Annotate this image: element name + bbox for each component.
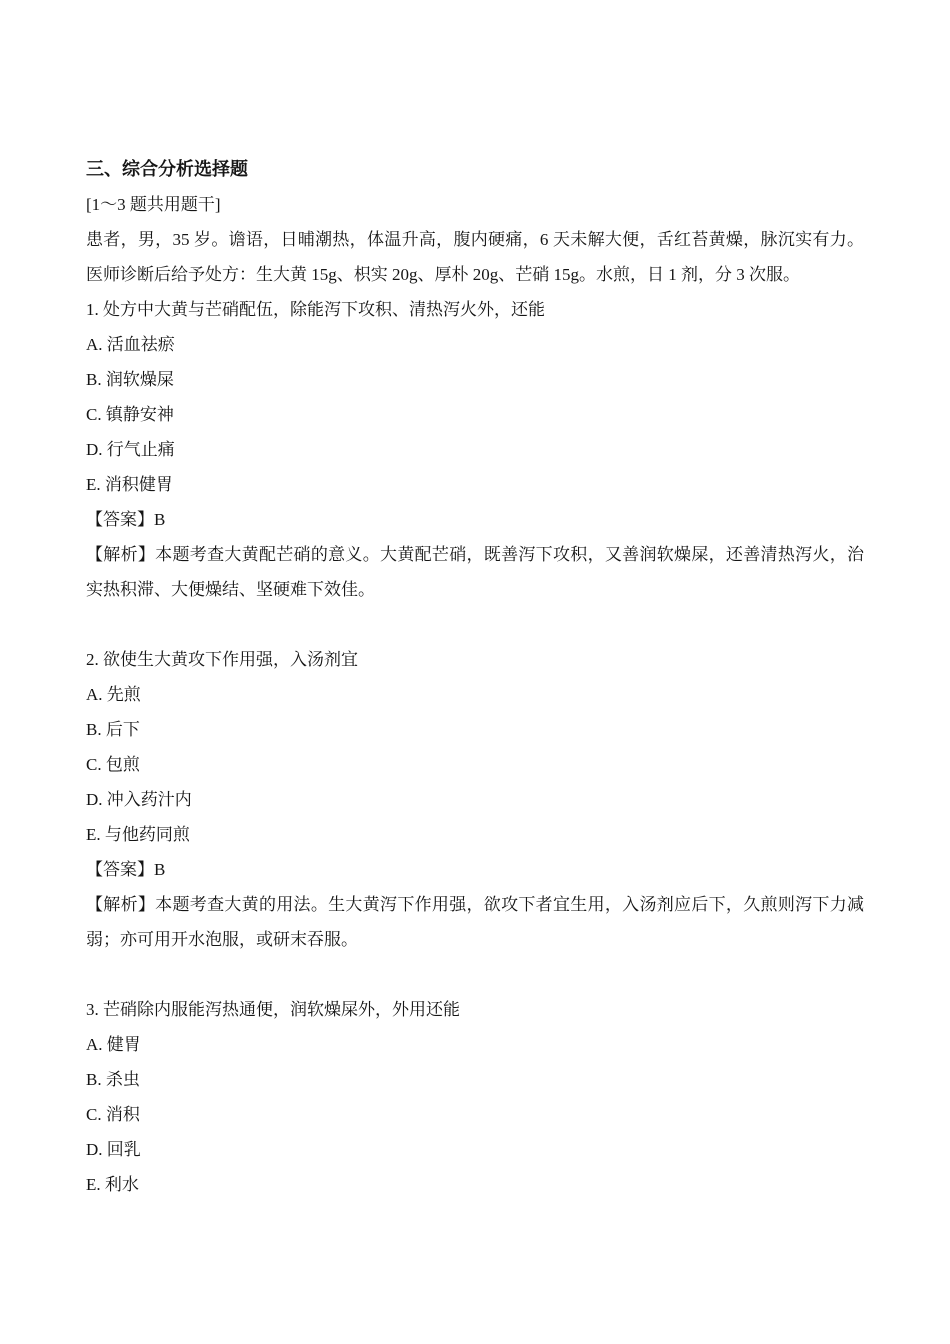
question-2-option-d: D. 冲入药汁内	[86, 782, 864, 817]
question-1-option-d: D. 行气止痛	[86, 432, 864, 467]
question-block-1: 1. 处方中大黄与芒硝配伍，除能泻下攻积、清热泻火外，还能 A. 活血祛瘀 B.…	[86, 292, 864, 607]
question-block-3: 3. 芒硝除内服能泻热通便，润软燥屎外，外用还能 A. 健胃 B. 杀虫 C. …	[86, 992, 864, 1202]
question-3-option-b: B. 杀虫	[86, 1062, 864, 1097]
question-2-option-c: C. 包煎	[86, 747, 864, 782]
question-1-option-c: C. 镇静安神	[86, 397, 864, 432]
question-1-option-a: A. 活血祛瘀	[86, 327, 864, 362]
document-page: 三、综合分析选择题 [1～3 题共用题干] 患者，男，35 岁。谵语，日晡潮热，…	[86, 152, 864, 1202]
section-heading: 三、综合分析选择题	[86, 152, 864, 187]
question-3-option-e: E. 利水	[86, 1167, 864, 1202]
question-2-answer: 【答案】B	[86, 852, 864, 887]
question-2-stem: 2. 欲使生大黄攻下作用强，入汤剂宜	[86, 642, 864, 677]
question-1-analysis: 【解析】本题考查大黄配芒硝的意义。大黄配芒硝，既善泻下攻积，又善润软燥屎，还善清…	[86, 537, 864, 607]
question-1-answer: 【答案】B	[86, 502, 864, 537]
question-2-analysis: 【解析】本题考查大黄的用法。生大黄泻下作用强，欲攻下者宜生用，入汤剂应后下，久煎…	[86, 887, 864, 957]
question-1-stem: 1. 处方中大黄与芒硝配伍，除能泻下攻积、清热泻火外，还能	[86, 292, 864, 327]
question-1-option-b: B. 润软燥屎	[86, 362, 864, 397]
question-1-option-e: E. 消积健胃	[86, 467, 864, 502]
question-2-option-a: A. 先煎	[86, 677, 864, 712]
question-3-stem: 3. 芒硝除内服能泻热通便，润软燥屎外，外用还能	[86, 992, 864, 1027]
question-block-2: 2. 欲使生大黄攻下作用强，入汤剂宜 A. 先煎 B. 后下 C. 包煎 D. …	[86, 642, 864, 957]
shared-stem-label: [1～3 题共用题干]	[86, 187, 864, 222]
question-2-option-e: E. 与他药同煎	[86, 817, 864, 852]
question-3-option-d: D. 回乳	[86, 1132, 864, 1167]
case-description: 患者，男，35 岁。谵语，日晡潮热，体温升高，腹内硬痛，6 天未解大便，舌红苔黄…	[86, 222, 864, 292]
question-2-option-b: B. 后下	[86, 712, 864, 747]
question-3-option-c: C. 消积	[86, 1097, 864, 1132]
question-3-option-a: A. 健胃	[86, 1027, 864, 1062]
